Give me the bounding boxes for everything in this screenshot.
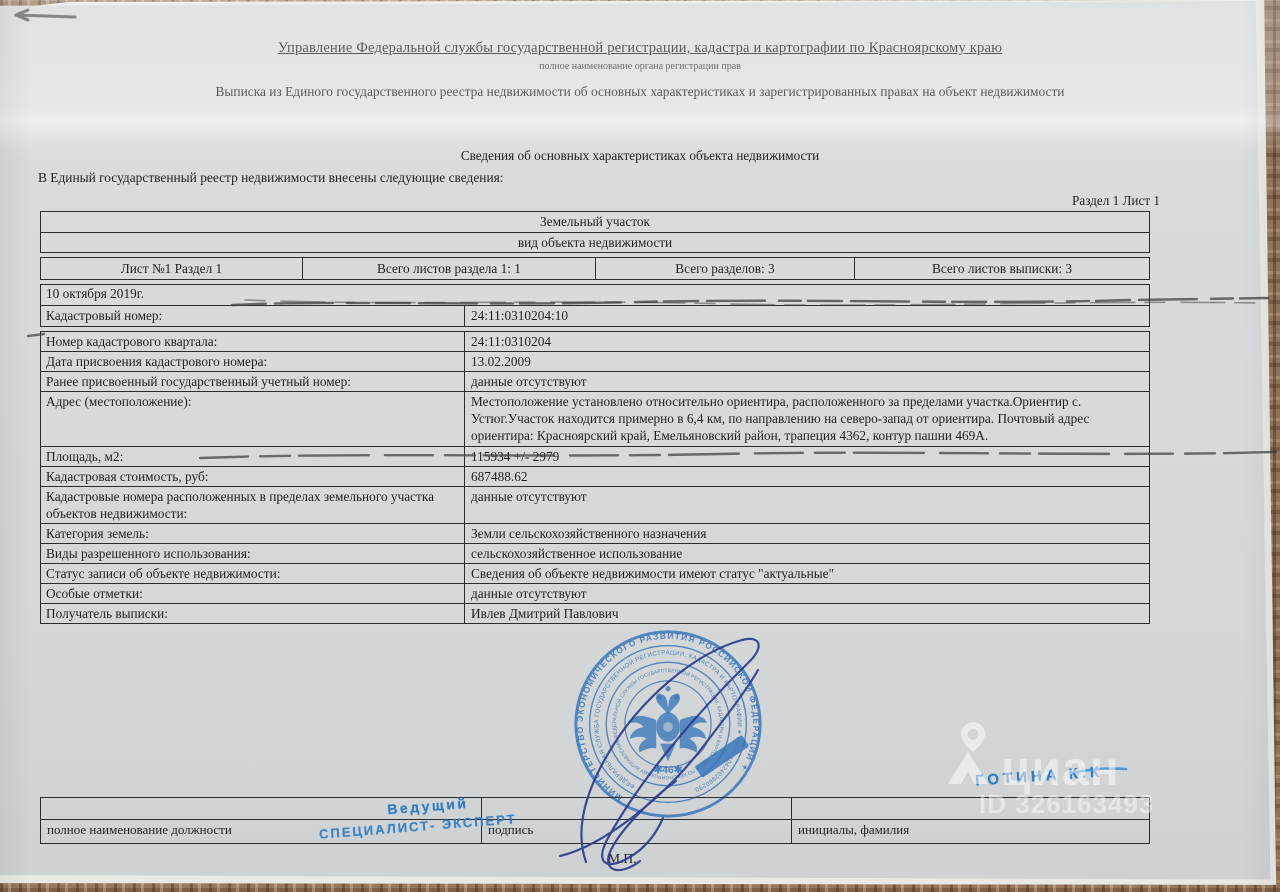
row-value: 13.02.2009 — [465, 352, 1149, 371]
row-value: 24:11:0310204 — [465, 332, 1149, 351]
authority-caption: полное наименование органа регистрации п… — [0, 61, 1280, 72]
mp-seal-place-label: М.П. — [608, 851, 637, 867]
document-title: Выписка из Единого государственного реес… — [0, 84, 1280, 100]
row-label: Виды разрешенного использования: — [41, 544, 465, 563]
row-value: сельскохозяйственное использование — [465, 544, 1149, 563]
row-value: 115934 +/- 2979 — [465, 447, 1149, 466]
table-row: Кадастровые номера расположенных в преде… — [41, 486, 1149, 523]
table-row: Статус записи об объекте недвижимости: С… — [41, 563, 1149, 583]
row-value: данные отсутствуют — [465, 372, 1149, 391]
official-round-seal: МИНИСТЕРСТВО ЭКОНОМИЧЕСКОГО РАЗВИТИЯ РОС… — [570, 626, 766, 822]
object-type-row: Земельный участок — [41, 212, 1149, 232]
table-row: Виды разрешенного использования: сельско… — [41, 543, 1149, 563]
row-label: Ранее присвоенный государственный учетны… — [41, 372, 465, 391]
row-value: Земли сельскохозяйственного назначения — [465, 524, 1149, 543]
total-sections-cell: Всего разделов: 3 — [596, 258, 855, 279]
row-value: 24:11:0310204:10 — [465, 306, 1149, 325]
table-row: Особые отметки: данные отсутствуют — [41, 583, 1149, 603]
sheet-counters-row: Лист №1 Раздел 1 Всего листов раздела 1:… — [41, 258, 1149, 279]
row-value: данные отсутствуют — [465, 584, 1149, 603]
eagle-emblem-icon — [629, 686, 707, 761]
registration-authority-name: Управление Федеральной службы государств… — [0, 40, 1280, 57]
object-type-caption-row: вид объекта недвижимости — [41, 232, 1149, 252]
total-sheets-cell: Всего листов выписки: 3 — [855, 258, 1149, 279]
section-sheets-cell: Всего листов раздела 1: 1 — [303, 258, 596, 279]
sheet-counters-table: Лист №1 Раздел 1 Всего листов раздела 1:… — [40, 257, 1150, 280]
object-type-table: Земельный участок вид объекта недвижимос… — [40, 211, 1150, 253]
row-label: Площадь, м2: — [41, 447, 465, 466]
object-type-caption: вид объекта недвижимости — [518, 234, 672, 251]
sheet-number-cell: Лист №1 Раздел 1 — [41, 258, 303, 279]
intro-line: В Единый государственный реестр недвижим… — [38, 170, 504, 186]
row-value: данные отсутствуют — [465, 487, 1149, 506]
extract-date: 10 октября 2019г. — [46, 285, 144, 302]
row-label: Номер кадастрового квартала: — [41, 332, 465, 351]
table-row: Адрес (местоположение): Местоположение у… — [41, 391, 1149, 446]
row-value: Ивлев Дмитрий Павлович — [465, 604, 1149, 623]
date-cadnumber-table: 10 октября 2019г. Кадастровый номер: 24:… — [40, 284, 1150, 327]
row-value: Сведения об объекте недвижимости имеют с… — [465, 564, 1149, 583]
extract-date-row: 10 октября 2019г. — [41, 285, 1149, 305]
table-row: Дата присвоения кадастрового номера: 13.… — [41, 351, 1149, 371]
row-label: Дата присвоения кадастрового номера: — [41, 352, 465, 371]
row-value: Местоположение установлено относительно … — [465, 392, 1149, 445]
row-label: Категория земель: — [41, 524, 465, 543]
object-type: Земельный участок — [540, 213, 650, 230]
table-row: Номер кадастрового квартала: 24:11:03102… — [41, 332, 1149, 351]
table-row: Категория земель: Земли сельскохозяйстве… — [41, 523, 1149, 543]
document-photo: { "header": { "org_name": "Управление Фе… — [0, 0, 1280, 892]
signature-caption: подпись — [482, 820, 792, 843]
table-row: Площадь, м2: 115934 +/- 2979 — [41, 446, 1149, 466]
section-sheet-reference: Раздел 1 Лист 1 — [0, 193, 1160, 209]
section-title: Сведения об основных характеристиках объ… — [0, 148, 1280, 164]
row-label: Особые отметки: — [41, 584, 465, 603]
row-label: Кадастровые номера расположенных в преде… — [41, 487, 465, 523]
table-row: Кадастровая стоимость, руб: 687488.62 — [41, 466, 1149, 486]
row-label: Статус записи об объекте недвижимости: — [41, 564, 465, 583]
seal-badge-number: ✱46✱ — [654, 765, 683, 776]
row-label: Получатель выписки: — [41, 604, 465, 623]
name-caption: инициалы, фамилия — [792, 820, 1149, 843]
table-row: Кадастровый номер: 24:11:0310204:10 — [41, 305, 1149, 326]
row-value: 687488.62 — [465, 467, 1149, 486]
row-label: Кадастровая стоимость, руб: — [41, 467, 465, 486]
table-row: Ранее присвоенный государственный учетны… — [41, 371, 1149, 391]
characteristics-table: Номер кадастрового квартала: 24:11:03102… — [40, 331, 1150, 624]
table-row: Получатель выписки: Ивлев Дмитрий Павлов… — [41, 603, 1149, 623]
row-label: Адрес (местоположение): — [41, 392, 465, 446]
signature-entry-cell — [482, 798, 792, 819]
watermark-id-text: ID 326163493 — [979, 789, 1154, 820]
row-label: Кадастровый номер: — [41, 306, 465, 326]
signature-caption-row: полное наименование должности подпись ин… — [41, 819, 1149, 843]
